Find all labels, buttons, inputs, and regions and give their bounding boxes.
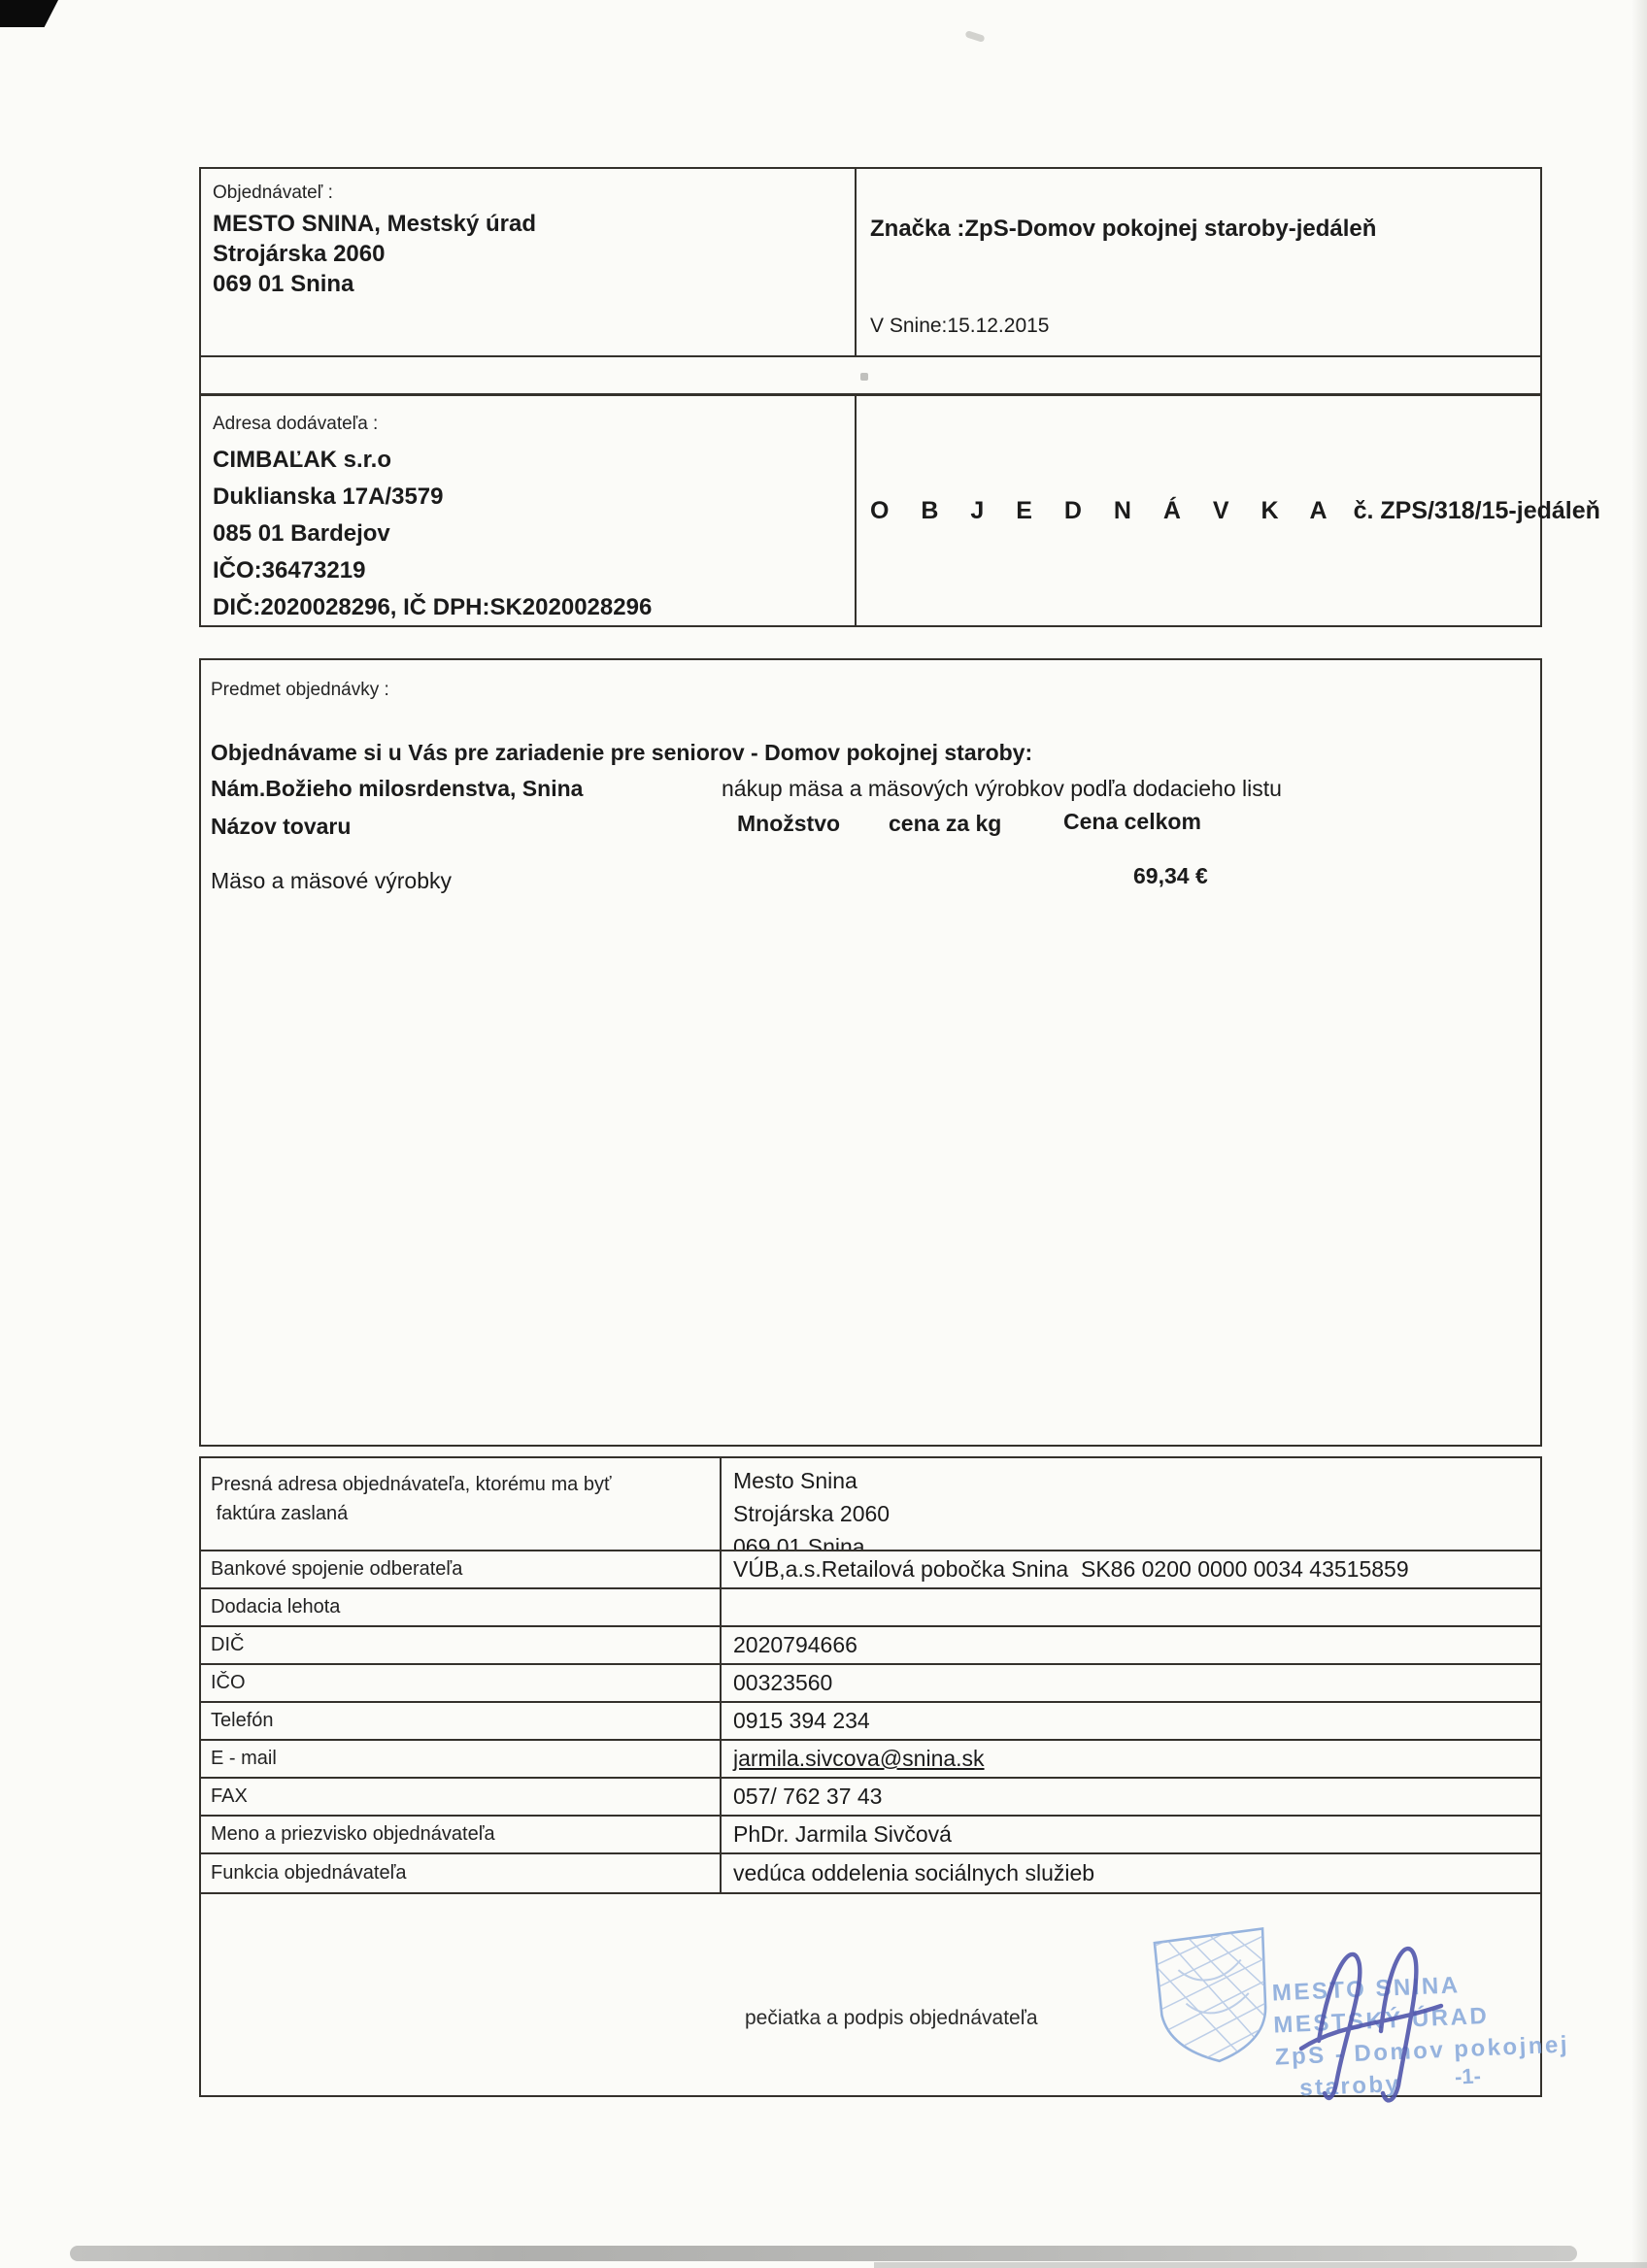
table-row: FAX 057/ 762 37 43 (201, 1779, 1540, 1817)
order-title: O B J E D N Á V K A (870, 497, 1340, 525)
row-value: Mesto Snina Strojárska 2060 069 01 Snina (722, 1458, 1540, 1550)
row-value: 057/ 762 37 43 (722, 1779, 1540, 1815)
scan-edge-shade (1631, 0, 1647, 2268)
column-header-total: Cena celkom (1063, 809, 1201, 835)
column-header-unit-price: cena za kg (889, 811, 1001, 837)
row-value: 00323560 (722, 1665, 1540, 1701)
item-name: Mäso a mäsové výrobky (211, 868, 452, 894)
table-row: Funkcia objednávateľa vedúca oddelenia s… (201, 1854, 1540, 1892)
table-row: E - mail jarmila.sivcova@snina.sk (201, 1741, 1540, 1779)
stamp-shield-icon (1146, 1923, 1284, 2072)
supplier-ico: IČO:36473219 (213, 552, 855, 589)
row-label: Telefón (201, 1703, 722, 1739)
scan-artifact-smudge (964, 30, 985, 43)
subject-box: Predmet objednávky : Objednávame si u Vá… (199, 658, 1542, 1447)
row-value: 2020794666 (722, 1627, 1540, 1663)
row-label: Bankové spojenie odberateľa (201, 1551, 722, 1587)
date-line: V Snine:15.12.2015 (870, 315, 1050, 338)
supplier-label: Adresa dodávateľa : (213, 414, 855, 435)
ink-signature (1294, 1922, 1463, 2107)
spacer-row (199, 355, 1542, 395)
table-row: IČO 00323560 (201, 1665, 1540, 1703)
customer-name: MESTO SNINA, Mestský úrad (213, 209, 855, 239)
table-row: Meno a priezvisko objednávateľa PhDr. Ja… (201, 1817, 1540, 1854)
row-label: Meno a priezvisko objednávateľa (201, 1817, 722, 1852)
table-row: Bankové spojenie odberateľa VÚB,a.s.Reta… (201, 1551, 1540, 1589)
order-intro-location: Nám.Božieho milosrdenstva, Snina (211, 776, 583, 802)
row-value: VÚB,a.s.Retailová pobočka Snina SK86 020… (722, 1551, 1540, 1587)
supplier-cell: Adresa dodávateľa : CIMBAĽAK s.r.o Dukli… (201, 396, 855, 625)
row-value-email: jarmila.sivcova@snina.sk (722, 1741, 1540, 1777)
row-label-line1: Presná adresa objednávateľa, ktorému ma … (211, 1470, 611, 1499)
table-row: DIČ 2020794666 (201, 1627, 1540, 1665)
subject-label: Predmet objednávky : (211, 680, 389, 701)
row-value (722, 1589, 1540, 1625)
row-label: Presná adresa objednávateľa, ktorému ma … (201, 1458, 722, 1550)
order-intro-note: nákup mäsa a mäsových výrobkov podľa dod… (722, 776, 1282, 802)
invoice-addr-line1: Mesto Snina (733, 1464, 857, 1497)
supplier-name: CIMBAĽAK s.r.o (213, 442, 855, 479)
supplier-city: 085 01 Bardejov (213, 516, 855, 552)
customer-cell: Objednávateľ : MESTO SNINA, Mestský úrad… (201, 169, 855, 355)
customer-box: Objednávateľ : MESTO SNINA, Mestský úrad… (199, 167, 1542, 357)
row-label: Dodacia lehota (201, 1589, 722, 1625)
invoice-addr-line2: Strojárska 2060 (733, 1497, 890, 1530)
order-number: č. ZPS/318/15-jedáleň (1354, 497, 1600, 525)
column-header-name: Názov tovaru (211, 814, 351, 840)
table-row: Telefón 0915 394 234 (201, 1703, 1540, 1741)
mark-line: Značka :ZpS-Domov pokojnej staroby-jedál… (870, 216, 1540, 243)
scan-artifact-bottom-streak-2 (874, 2262, 1647, 2268)
row-label: DIČ (201, 1627, 722, 1663)
customer-city: 069 01 Snina (213, 269, 855, 299)
customer-street: Strojárska 2060 (213, 239, 855, 269)
row-label-line2: faktúra zaslaná (211, 1499, 348, 1528)
invoice-addr-line3: 069 01 Snina (733, 1530, 865, 1550)
supplier-box: Adresa dodávateľa : CIMBAĽAK s.r.o Dukli… (199, 394, 1542, 627)
stamp-caption: pečiatka a podpis objednávateľa (745, 2007, 1038, 2030)
row-label: Funkcia objednávateľa (201, 1854, 722, 1892)
scanned-order-document: Objednávateľ : MESTO SNINA, Mestský úrad… (0, 0, 1647, 2268)
row-label: E - mail (201, 1741, 722, 1777)
table-row: Dodacia lehota (201, 1589, 1540, 1627)
scan-artifact-corner (0, 0, 58, 27)
item-total-price: 69,34 € (1133, 863, 1208, 889)
table-row: Presná adresa objednávateľa, ktorému ma … (201, 1458, 1540, 1551)
scan-artifact-bottom-streak (70, 2246, 1577, 2261)
order-intro-line1: Objednávame si u Vás pre zariadenie pre … (211, 740, 1032, 766)
supplier-dic: DIČ:2020028296, IČ DPH:SK2020028296 (213, 589, 855, 626)
row-value: vedúca oddelenia sociálnych služieb (722, 1854, 1540, 1892)
billing-table: Presná adresa objednávateľa, ktorému ma … (199, 1456, 1542, 1894)
column-header-qty: Množstvo (737, 811, 840, 837)
row-value: 0915 394 234 (722, 1703, 1540, 1739)
supplier-street: Duklianska 17A/3579 (213, 479, 855, 516)
customer-label: Objednávateľ : (213, 183, 855, 204)
row-label: IČO (201, 1665, 722, 1701)
row-label: FAX (201, 1779, 722, 1815)
order-title-cell: O B J E D N Á V K A č. ZPS/318/15-jedále… (855, 396, 1540, 625)
mark-cell: Značka :ZpS-Domov pokojnej staroby-jedál… (855, 169, 1540, 355)
row-value: PhDr. Jarmila Sivčová (722, 1817, 1540, 1852)
